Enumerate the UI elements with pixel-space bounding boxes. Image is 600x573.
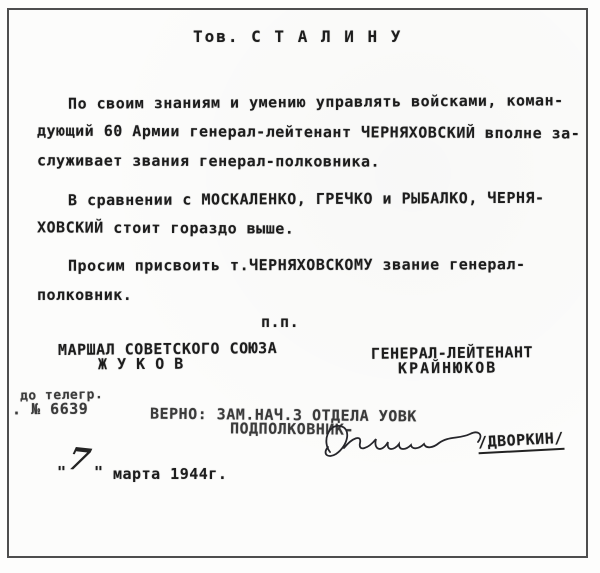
paragraph1-line1: По своим знаниям и умению управлять войс… [68,91,564,112]
paragraph1-line3: служивает звания генерал-полковника. [37,151,380,170]
certification-name-in-slashes: /ДВОРКИН/ [478,429,565,451]
pp-abbreviation: п.п. [261,313,299,331]
certification-name-text: /ДВОРКИН/ [478,429,565,454]
paragraph2-line2: ХОВСКИЙ стоит гораздо выше. [37,218,294,237]
paragraph3-line1: Просим присвоить т.ЧЕРНЯХОВСКОМУ звание … [68,255,526,275]
date-close-quote: " [94,463,104,481]
signatory-left-name: Ж У К О В [98,355,184,374]
paragraph3-line2: полковник. [37,286,132,304]
scanned-document-page: Тов. С Т А Л И Н У По своим знаниям и ум… [0,0,600,573]
signatory-right-name: КРАЙНЮКОВ [398,359,497,378]
paragraph1-line2: дующий 60 Армии генерал-лейтенант ЧЕРНЯХ… [37,122,580,143]
registry-number: . № 6639 [12,400,88,419]
date-month-year: марта 1944г. [113,465,227,483]
addressee-line: Тов. С Т А Л И Н У [193,27,402,46]
paragraph2-line1: В сравнении с МОСКАЛЕНКО, ГРЕЧКО и РЫБАЛ… [68,189,545,209]
handwritten-signature [320,412,488,462]
